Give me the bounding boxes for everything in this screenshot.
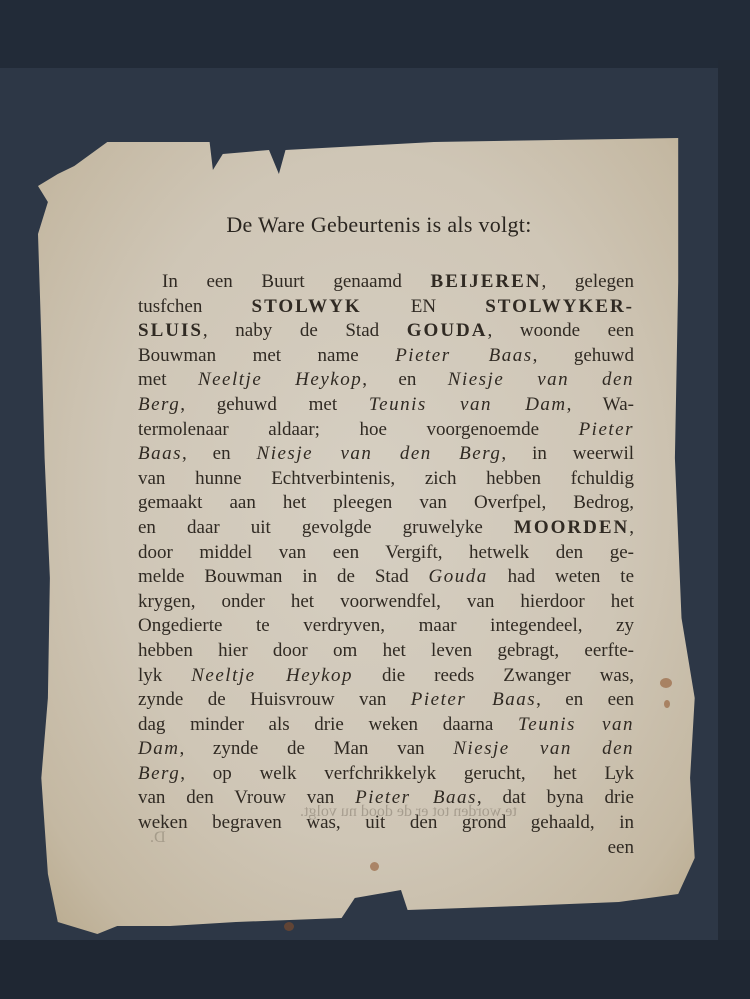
italic-name: Baas [138,443,182,464]
text-run: dag minder als drie weken daarna [138,714,518,735]
text-run: lyk [138,665,191,686]
italic-name: Berg [138,394,180,415]
catchword: een [138,836,634,861]
text-line: gemaakt aan het pleegen van Overfpel, Be… [138,491,634,516]
text-run: , en [182,443,257,464]
text-run: met [138,369,198,390]
text-run: , gehuwd [533,345,634,366]
italic-name: Pieter Baas [411,689,536,710]
text-run: van hunne Echtverbintenis, zich hebben f… [138,468,634,489]
capitalized-word: STOLWYKER- [485,296,634,317]
italic-name: Niesje van den [448,369,634,390]
text-run: Bouwman met name [138,345,395,366]
foxing-stain [370,862,379,871]
text-run: die reeds Zwanger was, [353,665,634,686]
text-run: en daar uit gevolgde gruwelyke [138,517,514,538]
italic-name: Berg [138,763,180,784]
text-line: SLUIS, naby de Stad GOUDA, woonde een [138,319,634,344]
foxing-stain [284,922,294,931]
text-line: melde Bouwman in de Stad Gouda had weten… [138,565,634,590]
dark-backing-board-top [0,0,750,70]
italic-name: Pieter Baas [395,345,532,366]
italic-name: Niesje van den Berg [257,443,502,464]
text-line: Berg, gehuwd met Teunis van Dam, Wa- [138,393,634,418]
document-title: De Ware Gebeurtenis is als volgt: [0,212,750,238]
text-line: Ongedierte te verdryven, maar integendee… [138,614,634,639]
document-body: In een Buurt genaamd BEIJEREN, gelegentu… [138,270,634,860]
text-run: gemaakt aan het pleegen van Overfpel, Be… [138,492,634,513]
text-line: Berg, op welk verfchrikkelyk gerucht, he… [138,762,634,787]
text-line: zynde de Huisvrouw van Pieter Baas, en e… [138,688,634,713]
bleed-through-text: te worden tot er de dood nu volgt. [300,803,517,821]
text-run: termolenaar aldaar; hoe voorgenoemde [138,419,579,440]
text-run: melde Bouwman in de Stad [138,566,429,587]
italic-name: Gouda [429,566,488,587]
text-run: krygen, onder het voorwendfel, van hierd… [138,591,634,612]
text-run: , Wa- [567,394,634,415]
text-line: Dam, zynde de Man van Niesje van den [138,737,634,762]
text-run: , gehuwd met [180,394,369,415]
text-run: , en [362,369,448,390]
text-line: door middel van een Vergift, hetwelk den… [138,541,634,566]
bleed-through-signature: D. [150,829,166,847]
italic-name: Pieter [579,419,634,440]
capitalized-word: SLUIS [138,320,203,341]
italic-name: Teunis van Dam [369,394,567,415]
text-run: , op welk verfchrikkelyk gerucht, het Ly… [180,763,634,784]
text-run: had weten te [488,566,634,587]
text-run: , in weerwil [501,443,634,464]
text-run: tusfchen [138,296,252,317]
backing-board-right-edge [718,60,750,999]
text-run: , en een [536,689,634,710]
text-run: , zynde de Man van [179,738,453,759]
text-line: dag minder als drie weken daarna Teunis … [138,713,634,738]
capitalized-word: GOUDA [407,320,488,341]
text-run: hebben hier door om het leven gebragt, e… [138,640,634,661]
text-line: termolenaar aldaar; hoe voorgenoemde Pie… [138,418,634,443]
text-line: lyk Neeltje Heykop die reeds Zwanger was… [138,664,634,689]
italic-name: Neeltje Heykop [198,369,362,390]
text-line: Bouwman met name Pieter Baas, gehuwd [138,344,634,369]
text-line: In een Buurt genaamd BEIJEREN, gelegen [138,270,634,295]
text-line: krygen, onder het voorwendfel, van hierd… [138,590,634,615]
text-run: , [629,517,634,538]
text-run: In een Buurt genaamd [162,271,431,292]
text-line: van hunne Echtverbintenis, zich hebben f… [138,467,634,492]
text-line: hebben hier door om het leven gebragt, e… [138,639,634,664]
italic-name: Dam [138,738,179,759]
foxing-stain [660,678,672,688]
text-run: Ongedierte te verdryven, maar integendee… [138,615,634,636]
text-run: door middel van een Vergift, hetwelk den… [138,542,634,563]
capitalized-word: BEIJEREN [431,271,542,292]
text-run: , woonde een [488,320,635,341]
italic-name: Neeltje Heykop [191,665,353,686]
capitalized-word: STOLWYK [252,296,362,317]
text-run: EN [362,296,486,317]
text-line: en daar uit gevolgde gruwelyke MOORDEN, [138,516,634,541]
text-line: met Neeltje Heykop, en Niesje van den [138,368,634,393]
text-run: , naby de Stad [203,320,407,341]
capitalized-word: MOORDEN [514,517,629,538]
foxing-stain [664,700,670,708]
italic-name: Niesje van den [453,738,634,759]
backing-board-bottom [0,940,750,999]
text-run: zynde de Huisvrouw van [138,689,411,710]
text-line: Baas, en Niesje van den Berg, in weerwil [138,442,634,467]
text-run: , gelegen [542,271,634,292]
text-line: tusfchen STOLWYK EN STOLWYKER- [138,295,634,320]
italic-name: Teunis van [518,714,634,735]
